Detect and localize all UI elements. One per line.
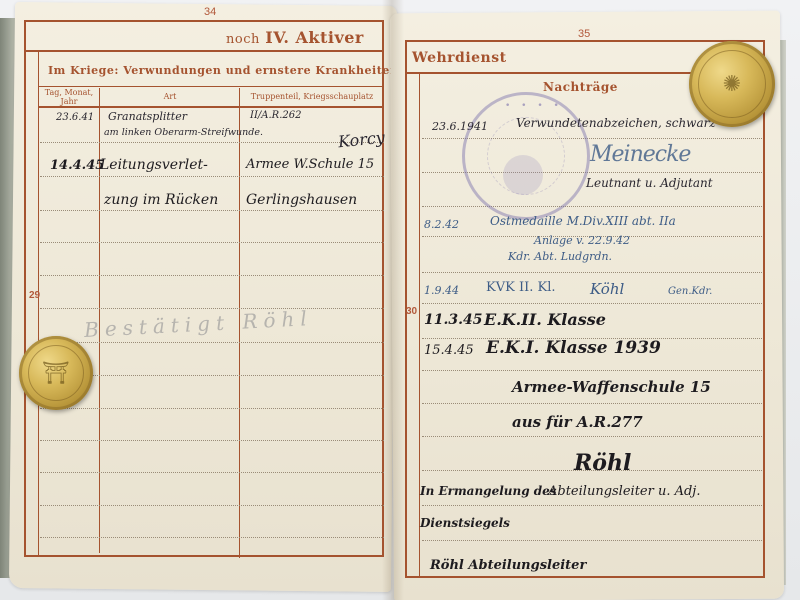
ruled-line	[422, 206, 762, 207]
entry-1-unit: II/A.R.262	[250, 110, 301, 121]
right-subsection-title: Nachträge	[543, 80, 618, 94]
left-section-title: noch IV. Aktiver	[226, 28, 364, 47]
ruled-line	[40, 210, 384, 211]
left-subtitle-rule	[38, 86, 384, 87]
nachtrag-1-text: Verwundetenabzeichen, schwarz	[516, 116, 716, 130]
footer-note-line2: Dienstsiegels	[420, 516, 510, 530]
nachtrag-3-signature: Köhl	[590, 280, 624, 298]
nachtrag-4-text: E.K.II. Klasse	[484, 310, 606, 329]
left-page-number: 34	[204, 6, 216, 18]
left-margin-rule	[38, 52, 39, 557]
ruled-line	[422, 370, 762, 371]
section-title: IV. Aktiver	[265, 28, 364, 47]
right-page-number: 35	[578, 28, 590, 40]
nachtrag-1-date: 23.6.1941	[432, 120, 488, 133]
column-header-type: Art	[100, 92, 240, 101]
ruled-line	[40, 342, 384, 343]
coin-emblem-icon: ✺	[698, 50, 766, 118]
nachtrag-2-date: 8.2.42	[424, 218, 459, 231]
ruled-line	[422, 436, 762, 437]
ruled-line	[40, 142, 384, 143]
section-prefix: noch	[226, 32, 260, 47]
entry-2-unit: Armee W.Schule 15	[246, 157, 374, 172]
nachtrag-5-title: Abteilungsleiter u. Adj.	[548, 484, 700, 499]
nachtrag-4-date: 11.3.45	[424, 312, 482, 328]
nachtrag-signature: Meinecke	[590, 142, 690, 167]
nachtrag-5-date: 15.4.45	[424, 343, 474, 358]
ruled-line	[422, 272, 762, 273]
right-margin-rule	[419, 74, 420, 578]
left-margin-number: 29	[29, 290, 40, 301]
ruled-line	[422, 303, 762, 304]
column-header-date: Tag, Monat, Jahr	[40, 88, 98, 106]
entry-2-type-line1: Leitungsverlet-	[100, 157, 208, 173]
nachtrag-3-date: 1.9.44	[424, 284, 459, 297]
ruled-line	[40, 242, 384, 243]
official-stamp: • • • •	[462, 92, 590, 220]
column-header-unit: Truppenteil, Kriegsschauplatz	[242, 92, 382, 101]
nachtrag-2-ref: Anlage v. 22.9.42	[534, 234, 630, 247]
left-subsection-title: Im Kriege: Verwundungen und ernstere Kra…	[48, 64, 398, 77]
footer-note-line1: In Ermangelung des	[420, 484, 557, 498]
ruled-line	[40, 440, 384, 441]
ruled-line	[40, 308, 384, 309]
left-title-rule	[24, 50, 384, 52]
stamp-text: • • • •	[505, 101, 563, 111]
brandenburg-gate-icon: ⛩	[28, 345, 84, 401]
book-gutter	[382, 0, 404, 600]
nachtrag-2-text: Ostmedaille M.Div.XIII abt. IIa	[490, 214, 676, 228]
coin-left: ⛩	[19, 336, 93, 410]
ruled-line	[422, 540, 762, 541]
ruled-line	[40, 505, 384, 506]
coin-right: ✺	[689, 41, 775, 127]
footer-note-line3: Röhl Abteilungsleiter	[430, 558, 586, 573]
ruled-line	[422, 403, 762, 404]
ruled-line	[40, 176, 384, 177]
nachtrag-2-cmdr: Kdr. Abt. Ludgrdn.	[508, 250, 612, 263]
nachtrag-3-note: Gen.Kdr.	[668, 286, 712, 297]
entry-2-date: 14.4.45	[50, 158, 104, 173]
nachtrag-5-unit: Armee-Waffenschule 15	[512, 378, 711, 396]
ruled-line	[40, 472, 384, 473]
entry-2-type-line2: zung im Rücken	[104, 192, 218, 208]
stamp-eagle-emblem	[503, 155, 543, 195]
entry-1-type-line2: am linken Oberarm-Streifwunde.	[104, 127, 263, 138]
nachtrag-3-text: KVK II. Kl.	[486, 280, 555, 295]
nachtrag-5-signature: Röhl	[574, 450, 631, 476]
right-section-title: Wehrdienst	[412, 50, 507, 66]
entry-1-type-line1: Granatsplitter	[108, 110, 187, 123]
nachtrag-5-transfer: aus für A.R.277	[512, 413, 643, 431]
entry-2-location: Gerlingshausen	[246, 192, 357, 208]
right-margin-number: 30	[406, 306, 417, 317]
nachtrag-5-text: E.K.I. Klasse 1939	[486, 338, 661, 358]
ruled-line	[40, 537, 384, 538]
left-header-rule	[38, 106, 384, 108]
nachtrag-rank: Leutnant u. Adjutant	[586, 176, 713, 190]
entry-1-date: 23.6.41	[56, 112, 94, 123]
ruled-line	[422, 505, 762, 506]
ruled-line	[40, 275, 384, 276]
ruled-line	[40, 408, 384, 409]
